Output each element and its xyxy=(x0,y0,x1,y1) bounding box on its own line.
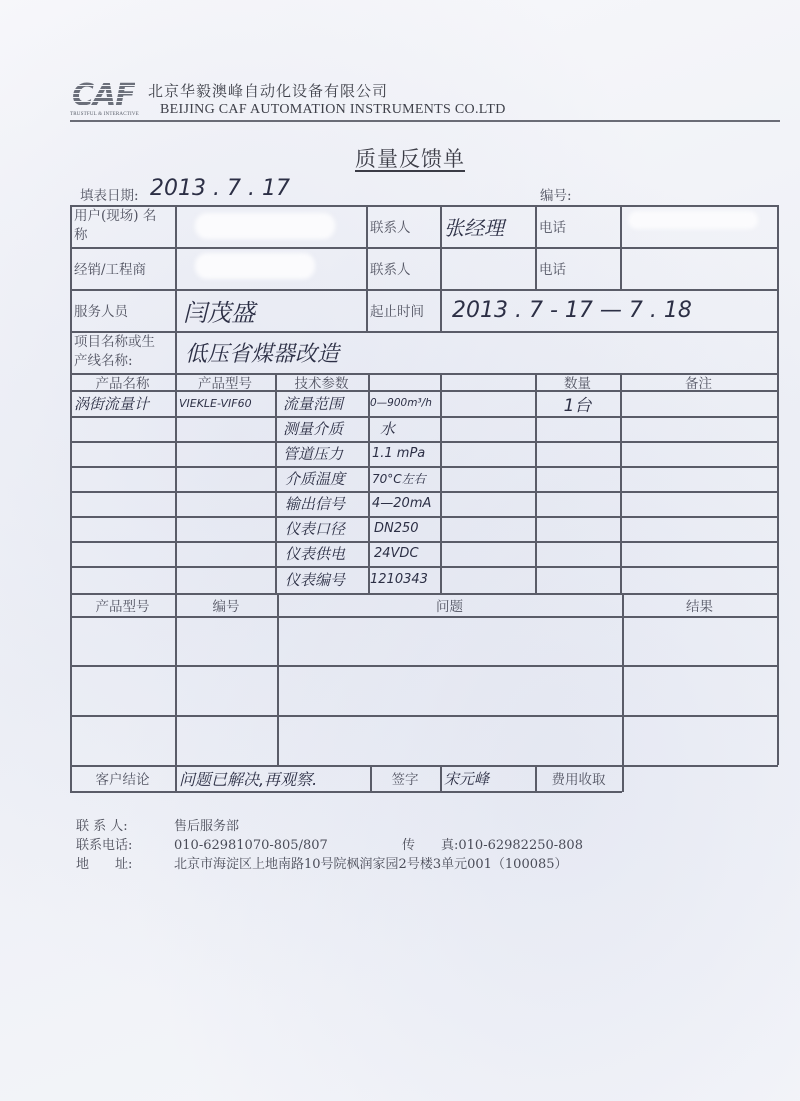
product-model-cell[interactable]: VIEKLE-VIF60 xyxy=(175,390,275,416)
tech-param-name[interactable]: 仪表口径 xyxy=(275,516,368,541)
quantity-cell[interactable]: 1台 xyxy=(535,390,620,416)
col-header-remark: 备注 xyxy=(620,373,777,390)
phone-value[interactable] xyxy=(620,205,777,247)
customer-label: 用户(现场) 名 称 xyxy=(70,205,175,247)
header-divider xyxy=(70,120,780,122)
fee-label: 费用收取 xyxy=(535,765,622,791)
number-label: 编号: xyxy=(540,184,572,204)
tech-param-name[interactable]: 测量介质 xyxy=(275,416,368,441)
dealer-value[interactable] xyxy=(175,247,366,289)
footer-contact-line: 联 系 人:售后服务部 xyxy=(76,815,239,834)
redaction-mark xyxy=(628,211,758,229)
tech-param-value[interactable]: 4—20mA xyxy=(368,491,440,516)
tech-param-name[interactable]: 介质温度 xyxy=(275,466,368,491)
dealer-contact-value[interactable] xyxy=(440,247,535,289)
redaction-mark xyxy=(195,253,315,279)
col-header-issue-problem: 问题 xyxy=(277,593,622,616)
footer-fax-value: 010-62982250-808 xyxy=(458,838,583,853)
redaction-mark xyxy=(195,213,335,239)
project-value[interactable]: 低压省煤器改造 xyxy=(175,331,777,373)
col-header-product-name: 产品名称 xyxy=(70,373,175,390)
tech-param-value[interactable]: 1.1 mPa xyxy=(368,441,440,466)
dealer-phone-label: 电话 xyxy=(535,247,620,289)
company-name-cn: 北京华毅澳峰自动化设备有限公司 xyxy=(148,80,388,101)
tech-param-value[interactable]: 0—900m³/h xyxy=(368,390,440,416)
form-title: 质量反馈单 xyxy=(355,143,465,173)
phone-label: 电话 xyxy=(535,205,620,247)
customer-value[interactable] xyxy=(175,205,366,247)
service-staff-value[interactable]: 闫茂盛 xyxy=(175,289,366,331)
customer-conclusion-label: 客户结论 xyxy=(70,765,175,791)
col-header-issue-number: 编号 xyxy=(175,593,277,616)
col-header-quantity: 数量 xyxy=(535,373,620,390)
fill-date-value[interactable]: 2013 . 7 . 17 xyxy=(150,176,290,201)
tech-param-value[interactable]: 水 xyxy=(368,416,440,441)
dealer-label: 经销/工程商 xyxy=(70,247,175,289)
col-header-issue-model: 产品型号 xyxy=(70,593,175,616)
caf-logo: CAF TRUSTFUL & INTERACTIVE xyxy=(70,78,150,122)
col-header-issue-result: 结果 xyxy=(622,593,777,616)
tech-param-name[interactable]: 输出信号 xyxy=(275,491,368,516)
contact-label: 联系人 xyxy=(366,205,440,247)
col-header-tech-params: 技术参数 xyxy=(275,373,368,390)
tech-param-value[interactable]: 1210343 xyxy=(368,566,440,593)
period-value[interactable]: 2013 . 7 - 17 — 7 . 18 xyxy=(440,289,777,331)
tech-param-name[interactable]: 仪表编号 xyxy=(275,566,368,593)
product-name-cell[interactable]: 涡街流量计 xyxy=(70,390,175,416)
footer-address-line: 地 址:北京市海淀区上地南路10号院枫润家园2号楼3单元001（100085） xyxy=(76,853,568,872)
signature-label: 签字 xyxy=(370,765,440,791)
footer-phone-label: 联系电话: xyxy=(76,834,174,853)
footer-address-value: 北京市海淀区上地南路10号院枫润家园2号楼3单元001（100085） xyxy=(174,857,568,872)
issue-row[interactable] xyxy=(70,665,777,715)
signature-value[interactable]: 宋元峰 xyxy=(440,765,535,791)
scanned-form-page: CAF TRUSTFUL & INTERACTIVE 北京华毅澳峰自动化设备有限… xyxy=(0,0,800,1101)
tech-param-value[interactable]: 24VDC xyxy=(368,541,440,566)
period-label: 起止时间 xyxy=(366,289,440,331)
footer-phone-value: 010-62981070-805/807 xyxy=(174,838,402,853)
customer-conclusion-value[interactable]: 问题已解决,再观察. xyxy=(175,765,370,791)
tech-param-name[interactable]: 仪表供电 xyxy=(275,541,368,566)
company-name-en: BEIJING CAF AUTOMATION INSTRUMENTS CO.LT… xyxy=(160,102,506,118)
footer-address-label: 地 址: xyxy=(76,853,174,872)
footer-contact-label: 联 系 人: xyxy=(76,815,174,834)
fee-value[interactable] xyxy=(622,765,777,791)
col-header-product-model: 产品型号 xyxy=(175,373,275,390)
dealer-phone-value[interactable] xyxy=(620,247,777,289)
contact-value[interactable]: 张经理 xyxy=(440,205,535,247)
tech-param-value[interactable]: 70°C左右 xyxy=(368,466,440,491)
project-label: 项目名称或生 产线名称: xyxy=(70,331,175,373)
footer-contact-value: 售后服务部 xyxy=(174,819,239,834)
service-staff-label: 服务人员 xyxy=(70,289,175,331)
dealer-contact-label: 联系人 xyxy=(366,247,440,289)
footer-phone-line: 联系电话:010-62981070-805/807传 真:010-6298225… xyxy=(76,834,583,853)
tech-param-name[interactable]: 管道压力 xyxy=(275,441,368,466)
logo-tagline: TRUSTFUL & INTERACTIVE xyxy=(70,112,139,117)
issue-row[interactable] xyxy=(70,616,777,665)
logo-mark: CAF xyxy=(72,78,135,113)
issue-row[interactable] xyxy=(70,715,777,765)
tech-param-name[interactable]: 流量范围 xyxy=(275,390,368,416)
fill-date-label: 填表日期: xyxy=(80,184,139,204)
footer-fax-label: 传 真: xyxy=(402,838,458,853)
tech-param-value[interactable]: DN250 xyxy=(368,516,440,541)
